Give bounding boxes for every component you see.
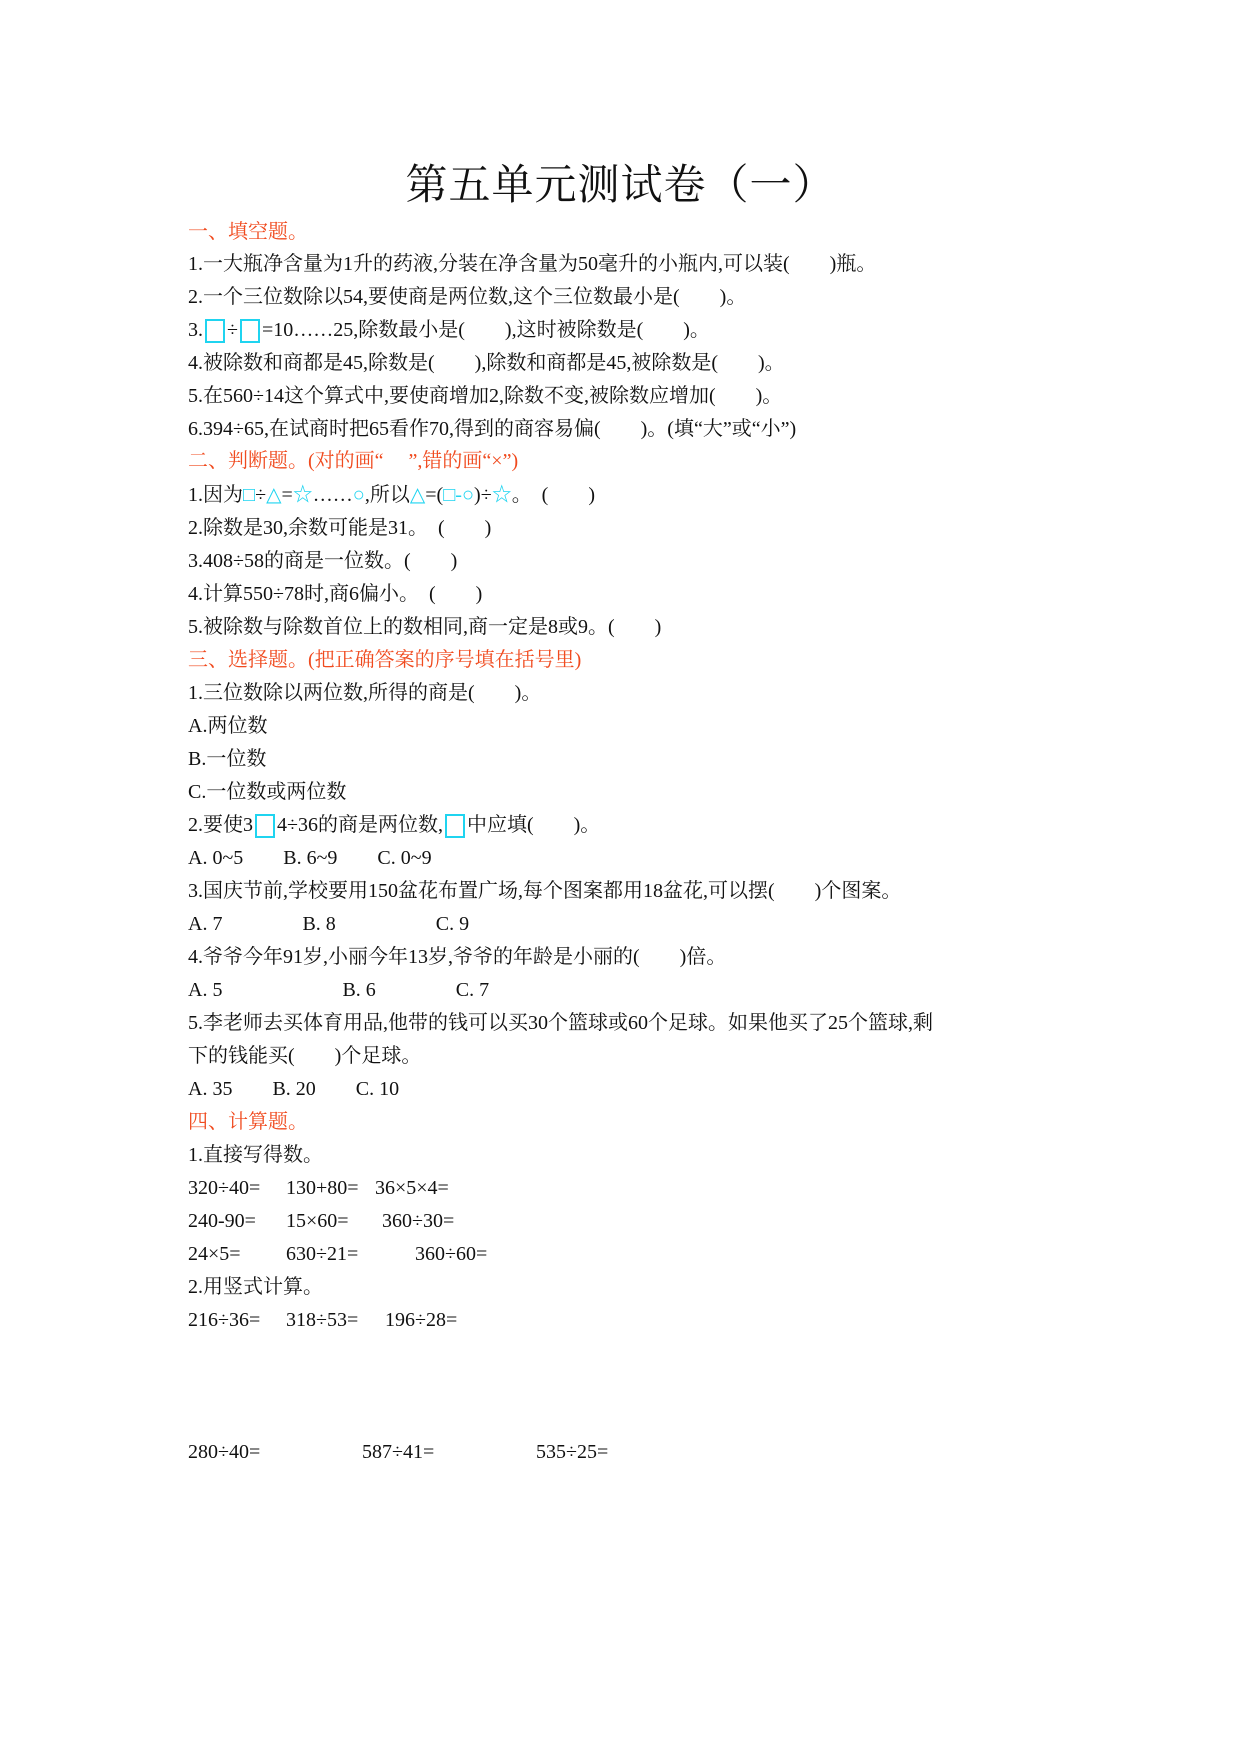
question-3-5-line1: 5.李老师去买体育用品,他带的钱可以买30个篮球或60个足球。如果他买了25个篮… bbox=[188, 1009, 933, 1037]
oral-calc: 360÷30= bbox=[382, 1207, 454, 1235]
blank-box-divisor[interactable] bbox=[240, 319, 260, 343]
q3-rest: =10……25,除数最小是( ),这时被除数是( )。 bbox=[262, 319, 710, 341]
options-3-3: A. 7 B. 8 C. 9 bbox=[188, 910, 469, 938]
options-3-4: A. 5 B. 6 C. 7 bbox=[188, 976, 489, 1004]
calc-part-1: 1.直接写得数。 bbox=[188, 1141, 323, 1169]
oral-calc: 24×5= bbox=[188, 1240, 241, 1268]
vertical-calc: 196÷28= bbox=[385, 1306, 457, 1334]
question-1-6: 6.394÷65,在试商时把65看作70,得到的商容易偏( )。(填“大”或“小… bbox=[188, 415, 796, 443]
oral-calc: 320÷40= bbox=[188, 1174, 260, 1202]
q-text: )÷ bbox=[474, 484, 492, 506]
divide-sign: ÷ bbox=[227, 319, 238, 341]
question-1-2: 2.一个三位数除以54,要使商是两位数,这个三位数最小是( )。 bbox=[188, 283, 746, 311]
options-3-2: A. 0~5 B. 6~9 C. 0~9 bbox=[188, 844, 432, 872]
vertical-calc: 535÷25= bbox=[536, 1438, 608, 1466]
question-3-3: 3.国庆节前,学校要用150盆花布置广场,每个图案都用18盆花,可以摆( )个图… bbox=[188, 877, 901, 905]
minus-sign: - bbox=[455, 484, 462, 506]
question-1-3: 3.÷=10……25,除数最小是( ),这时被除数是( )。 bbox=[188, 316, 710, 344]
ellipsis: …… bbox=[313, 484, 353, 506]
circle-icon: ○ bbox=[462, 484, 474, 506]
question-3-2: 2.要使34÷36的商是两位数,中应填( )。 bbox=[188, 811, 600, 839]
q-text: 1.因为 bbox=[188, 484, 243, 506]
square-icon: □ bbox=[243, 484, 255, 506]
question-2-3: 3.408÷58的商是一位数。( ) bbox=[188, 547, 457, 575]
question-1-1: 1.一大瓶净含量为1升的药液,分装在净含量为50毫升的小瓶内,可以装( )瓶。 bbox=[188, 250, 876, 278]
q-text: 2.要使3 bbox=[188, 814, 253, 836]
vertical-calc: 280÷40= bbox=[188, 1438, 260, 1466]
triangle-icon: △ bbox=[266, 484, 281, 506]
vertical-calc: 318÷53= bbox=[286, 1306, 358, 1334]
vertical-calc: 216÷36= bbox=[188, 1306, 260, 1334]
page-title: 第五单元测试卷（一） bbox=[0, 160, 1241, 212]
q-text: ,所以 bbox=[365, 484, 410, 506]
star-icon: ☆ bbox=[293, 484, 313, 506]
question-3-1: 1.三位数除以两位数,所得的商是( )。 bbox=[188, 679, 541, 707]
oral-calc: 240-90= bbox=[188, 1207, 256, 1235]
section-heading-choice: 三、选择题。(把正确答案的序号填在括号里) bbox=[188, 646, 581, 674]
answer-bracket: 。 ( ) bbox=[512, 484, 595, 506]
section-heading-calc: 四、计算题。 bbox=[188, 1108, 308, 1136]
question-2-2: 2.除数是30,余数可能是31。 ( ) bbox=[188, 514, 491, 542]
blank-box-digit[interactable] bbox=[255, 814, 275, 838]
option-3-1-a: A.两位数 bbox=[188, 712, 267, 740]
question-2-4: 4.计算550÷78时,商6偏小。 ( ) bbox=[188, 580, 482, 608]
options-3-5: A. 35 B. 20 C. 10 bbox=[188, 1075, 399, 1103]
q-text: 4÷36的商是两位数, bbox=[277, 814, 443, 836]
oral-calc: 130+80= bbox=[286, 1174, 359, 1202]
question-3-5-line2: 下的钱能买( )个足球。 bbox=[188, 1042, 421, 1070]
oral-calc: 360÷60= bbox=[415, 1240, 487, 1268]
star-icon: ☆ bbox=[492, 484, 512, 506]
triangle-icon: △ bbox=[410, 484, 425, 506]
calc-part-2: 2.用竖式计算。 bbox=[188, 1273, 323, 1301]
question-1-5: 5.在560÷14这个算式中,要使商增加2,除数不变,被除数应增加( )。 bbox=[188, 382, 782, 410]
oral-calc: 15×60= bbox=[286, 1207, 349, 1235]
equals-sign: = bbox=[281, 484, 292, 506]
blank-box-digit-ref bbox=[445, 814, 465, 838]
equals-sign: =( bbox=[425, 484, 443, 506]
q-text: 中应填( )。 bbox=[467, 814, 600, 836]
question-2-5: 5.被除数与除数首位上的数相同,商一定是8或9。( ) bbox=[188, 613, 661, 641]
divide-sign: ÷ bbox=[255, 484, 266, 506]
q3-prefix: 3. bbox=[188, 319, 203, 341]
question-2-1: 1.因为□÷△=☆……○,所以△=(□-○)÷☆。 ( ) bbox=[188, 481, 595, 509]
circle-icon: ○ bbox=[353, 484, 365, 506]
section-heading-true-false: 二、判断题。(对的画“ ”,错的画“×”) bbox=[188, 447, 518, 475]
blank-box-dividend[interactable] bbox=[205, 319, 225, 343]
option-3-1-b: B.一位数 bbox=[188, 745, 266, 773]
vertical-calc: 587÷41= bbox=[362, 1438, 434, 1466]
oral-calc: 630÷21= bbox=[286, 1240, 358, 1268]
question-1-4: 4.被除数和商都是45,除数是( ),除数和商都是45,被除数是( )。 bbox=[188, 349, 785, 377]
question-3-4: 4.爷爷今年91岁,小丽今年13岁,爷爷的年龄是小丽的( )倍。 bbox=[188, 943, 726, 971]
square-icon: □ bbox=[443, 484, 455, 506]
section-heading-fill-blank: 一、填空题。 bbox=[188, 218, 308, 246]
oral-calc: 36×5×4= bbox=[375, 1174, 449, 1202]
option-3-1-c: C.一位数或两位数 bbox=[188, 778, 346, 806]
